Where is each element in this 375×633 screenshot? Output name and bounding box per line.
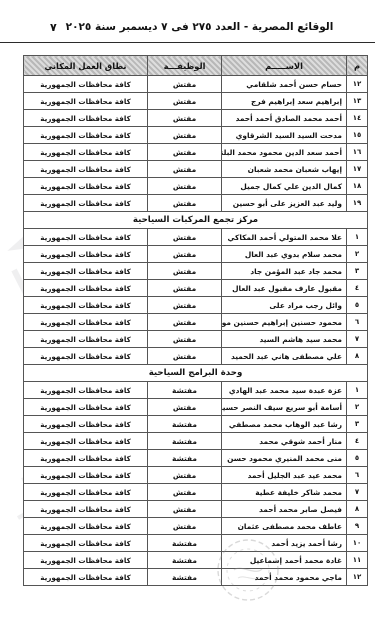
- row-number-cell: ١٩: [347, 195, 368, 212]
- name-cell: أسامة أبو سريع سيف النصر حسين: [222, 399, 347, 416]
- page-header: الوقائع المصرية - العدد ٢٧٥ فى ٧ ديسمبر …: [0, 18, 375, 42]
- name-cell: محمود حسنين إبراهيم حسنين موسى: [222, 314, 347, 331]
- row-number-cell: ٨: [347, 501, 368, 518]
- name-cell: أحمد محمد الصادق أحمد أحمد: [222, 110, 347, 127]
- job-cell: مفتشة: [148, 382, 222, 399]
- job-cell: مفتشة: [148, 450, 222, 467]
- table-row: ١٠رشا أحمد يزيد أحمدمفتشةكافة محافظات ال…: [24, 535, 368, 552]
- inspectors-table: م الاســـــم الوظيفـــة نطاق العمل المكا…: [23, 55, 368, 586]
- section-header-row: وحدة البرامج السياحية: [24, 365, 368, 382]
- row-number-cell: ١٢: [347, 569, 368, 586]
- job-cell: مفتش: [148, 229, 222, 246]
- scope-cell: كافة محافظات الجمهورية: [24, 348, 148, 365]
- scope-cell: كافة محافظات الجمهورية: [24, 552, 148, 569]
- table-row: ١٣إبراهيم سعد إبراهيم فرجمفتشكافة محافظا…: [24, 93, 368, 110]
- row-number-cell: ٦: [347, 314, 368, 331]
- column-header-number: م: [347, 56, 368, 76]
- name-cell: رشا عبد الوهاب محمد مصطفي: [222, 416, 347, 433]
- row-number-cell: ١: [347, 229, 368, 246]
- table-row: ٢أسامة أبو سريع سيف النصر حسينمفتشكافة م…: [24, 399, 368, 416]
- row-number-cell: ١١: [347, 552, 368, 569]
- row-number-cell: ٣: [347, 416, 368, 433]
- job-cell: مفتشة: [148, 569, 222, 586]
- job-cell: مفتش: [148, 195, 222, 212]
- name-cell: محمد سيد هاشم السيد: [222, 331, 347, 348]
- job-cell: مفتش: [148, 178, 222, 195]
- row-number-cell: ١٧: [347, 161, 368, 178]
- scope-cell: كافة محافظات الجمهورية: [24, 535, 148, 552]
- table-body: ١٢حسام حسن أحمد شلقاميمفتشكافة محافظات ا…: [24, 76, 368, 586]
- row-number-cell: ٧: [347, 331, 368, 348]
- header-divider: [0, 42, 375, 43]
- scope-cell: كافة محافظات الجمهورية: [24, 297, 148, 314]
- job-cell: مفتش: [148, 348, 222, 365]
- table-row: ١٢حسام حسن أحمد شلقاميمفتشكافة محافظات ا…: [24, 76, 368, 93]
- scope-cell: كافة محافظات الجمهورية: [24, 399, 148, 416]
- job-cell: مفتش: [148, 331, 222, 348]
- scope-cell: كافة محافظات الجمهورية: [24, 416, 148, 433]
- section-header: مركز تجمع المركبات السياحية: [24, 212, 368, 229]
- scope-cell: كافة محافظات الجمهورية: [24, 195, 148, 212]
- job-cell: مفتش: [148, 297, 222, 314]
- table-row: ٢محمد سلام بدوي عبد العالمفتشكافة محافظا…: [24, 246, 368, 263]
- scope-cell: كافة محافظات الجمهورية: [24, 518, 148, 535]
- scope-cell: كافة محافظات الجمهورية: [24, 433, 148, 450]
- name-cell: علي مصطفى هاني عبد الحميد: [222, 348, 347, 365]
- scope-cell: كافة محافظات الجمهورية: [24, 382, 148, 399]
- section-header-row: مركز تجمع المركبات السياحية: [24, 212, 368, 229]
- table-row: ٩عاطف محمد مصطفى عثمانمفتشكافة محافظات ا…: [24, 518, 368, 535]
- table-row: ٤منار أحمد شوقي محمدمفتشةكافة محافظات ال…: [24, 433, 368, 450]
- table-row: ١٨كمال الدين علي كمال جميلمفتشكافة محافظ…: [24, 178, 368, 195]
- scope-cell: كافة محافظات الجمهورية: [24, 569, 148, 586]
- name-cell: محمد شاكر خليفة عطية: [222, 484, 347, 501]
- table-row: ١عزة عبدة سيد محمد عبد الهاديمفتشةكافة م…: [24, 382, 368, 399]
- row-number-cell: ٤: [347, 433, 368, 450]
- job-cell: مفتش: [148, 399, 222, 416]
- row-number-cell: ١٦: [347, 144, 368, 161]
- table-row: ٧محمد سيد هاشم السيدمفتشكافة محافظات الج…: [24, 331, 368, 348]
- name-cell: مقبول عارف مقبول عبد العال: [222, 280, 347, 297]
- name-cell: كمال الدين علي كمال جميل: [222, 178, 347, 195]
- job-cell: مفتش: [148, 263, 222, 280]
- table-row: ٤مقبول عارف مقبول عبد العالمفتشكافة محاف…: [24, 280, 368, 297]
- job-cell: مفتش: [148, 144, 222, 161]
- scope-cell: كافة محافظات الجمهورية: [24, 76, 148, 93]
- job-cell: مفتش: [148, 93, 222, 110]
- scope-cell: كافة محافظات الجمهورية: [24, 127, 148, 144]
- row-number-cell: ٥: [347, 450, 368, 467]
- column-header-job: الوظيفـــة: [148, 56, 222, 76]
- row-number-cell: ٤: [347, 280, 368, 297]
- table-row: ٣رشا عبد الوهاب محمد مصطفيمفتشةكافة محاف…: [24, 416, 368, 433]
- job-cell: مفتش: [148, 110, 222, 127]
- name-cell: وائل رجب مراد على: [222, 297, 347, 314]
- scope-cell: كافة محافظات الجمهورية: [24, 161, 148, 178]
- page-number: ٧: [50, 21, 57, 34]
- table-row: ١٧إيهاب شعبان محمد شعبانمفتشكافة محافظات…: [24, 161, 368, 178]
- name-cell: غادة محمد أحمد إسماعيل: [222, 552, 347, 569]
- row-number-cell: ١٢: [347, 76, 368, 93]
- name-cell: إيهاب شعبان محمد شعبان: [222, 161, 347, 178]
- scope-cell: كافة محافظات الجمهورية: [24, 280, 148, 297]
- row-number-cell: ٩: [347, 518, 368, 535]
- job-cell: مفتش: [148, 161, 222, 178]
- job-cell: مفتش: [148, 501, 222, 518]
- job-cell: مفتش: [148, 467, 222, 484]
- table-header-row: م الاســـــم الوظيفـــة نطاق العمل المكا…: [24, 56, 368, 76]
- name-cell: فيصل صابر محمد أحمد: [222, 501, 347, 518]
- row-number-cell: ٥: [347, 297, 368, 314]
- row-number-cell: ٣: [347, 263, 368, 280]
- job-cell: مفتش: [148, 127, 222, 144]
- job-cell: مفتش: [148, 280, 222, 297]
- name-cell: إبراهيم سعد إبراهيم فرج: [222, 93, 347, 110]
- scope-cell: كافة محافظات الجمهورية: [24, 178, 148, 195]
- scope-cell: كافة محافظات الجمهورية: [24, 246, 148, 263]
- row-number-cell: ١٣: [347, 93, 368, 110]
- scope-cell: كافة محافظات الجمهورية: [24, 501, 148, 518]
- section-header: وحدة البرامج السياحية: [24, 365, 368, 382]
- name-cell: عزة عبدة سيد محمد عبد الهادي: [222, 382, 347, 399]
- table-row: ٦محمد عيد عبد الجليل أحمدمفتشكافة محافظا…: [24, 467, 368, 484]
- row-number-cell: ١٤: [347, 110, 368, 127]
- page-title: الوقائع المصرية - العدد ٢٧٥ فى ٧ ديسمبر …: [42, 21, 357, 33]
- column-header-name: الاســـــم: [222, 56, 347, 76]
- table-row: ١١غادة محمد أحمد إسماعيلمفتشةكافة محافظا…: [24, 552, 368, 569]
- table-row: ٥منى محمد المنيري محمود حسنمفتشةكافة محا…: [24, 450, 368, 467]
- scope-cell: كافة محافظات الجمهورية: [24, 450, 148, 467]
- job-cell: مفتش: [148, 246, 222, 263]
- name-cell: محمد عيد عبد الجليل أحمد: [222, 467, 347, 484]
- row-number-cell: ٦: [347, 467, 368, 484]
- job-cell: مفتش: [148, 76, 222, 93]
- row-number-cell: ٨: [347, 348, 368, 365]
- job-cell: مفتش: [148, 314, 222, 331]
- scope-cell: كافة محافظات الجمهورية: [24, 467, 148, 484]
- table-row: ١٢ماجي محمود محمد أحمدمفتشةكافة محافظات …: [24, 569, 368, 586]
- table-row: ١علا محمد المتولي أحمد المكاكيمفتشكافة م…: [24, 229, 368, 246]
- name-cell: عاطف محمد مصطفى عثمان: [222, 518, 347, 535]
- row-number-cell: ٢: [347, 246, 368, 263]
- scope-cell: كافة محافظات الجمهورية: [24, 144, 148, 161]
- scope-cell: كافة محافظات الجمهورية: [24, 331, 148, 348]
- name-cell: محمد سلام بدوي عبد العال: [222, 246, 347, 263]
- name-cell: مدحت السيد السيد الشرقاوي: [222, 127, 347, 144]
- table-row: ٣محمد جاد عبد المؤمن جادمفتشكافة محافظات…: [24, 263, 368, 280]
- row-number-cell: ١: [347, 382, 368, 399]
- name-cell: وليد عبد العزيز على أبو حسين: [222, 195, 347, 212]
- table-row: ٦محمود حسنين إبراهيم حسنين موسىمفتشكافة …: [24, 314, 368, 331]
- table-row: ٥وائل رجب مراد علىمفتشكافة محافظات الجمه…: [24, 297, 368, 314]
- name-cell: منى محمد المنيري محمود حسن: [222, 450, 347, 467]
- job-cell: مفتشة: [148, 416, 222, 433]
- scope-cell: كافة محافظات الجمهورية: [24, 263, 148, 280]
- scope-cell: كافة محافظات الجمهورية: [24, 229, 148, 246]
- table-row: ١٥مدحت السيد السيد الشرقاويمفتشكافة محاف…: [24, 127, 368, 144]
- table-row: ١٦أحمد سعد الدين محمود محمد البلتاجيمفتش…: [24, 144, 368, 161]
- table-row: ١٩وليد عبد العزيز على أبو حسينمفتشكافة م…: [24, 195, 368, 212]
- row-number-cell: ١٠: [347, 535, 368, 552]
- job-cell: مفتشة: [148, 535, 222, 552]
- name-cell: حسام حسن أحمد شلقامي: [222, 76, 347, 93]
- gazette-page: { "page_header": { "title": "الوقائع الم…: [0, 0, 375, 633]
- job-cell: مفتش: [148, 518, 222, 535]
- scope-cell: كافة محافظات الجمهورية: [24, 484, 148, 501]
- name-cell: رشا أحمد يزيد أحمد: [222, 535, 347, 552]
- scope-cell: كافة محافظات الجمهورية: [24, 314, 148, 331]
- row-number-cell: ١٨: [347, 178, 368, 195]
- column-header-scope: نطاق العمل المكاني: [24, 56, 148, 76]
- scope-cell: كافة محافظات الجمهورية: [24, 93, 148, 110]
- row-number-cell: ٢: [347, 399, 368, 416]
- name-cell: منار أحمد شوقي محمد: [222, 433, 347, 450]
- name-cell: محمد جاد عبد المؤمن جاد: [222, 263, 347, 280]
- job-cell: مفتشة: [148, 552, 222, 569]
- row-number-cell: ٧: [347, 484, 368, 501]
- name-cell: علا محمد المتولي أحمد المكاكي: [222, 229, 347, 246]
- name-cell: ماجي محمود محمد أحمد: [222, 569, 347, 586]
- table-row: ١٤أحمد محمد الصادق أحمد أحمدمفتشكافة محا…: [24, 110, 368, 127]
- job-cell: مفتشة: [148, 433, 222, 450]
- row-number-cell: ١٥: [347, 127, 368, 144]
- table-row: ٨علي مصطفى هاني عبد الحميدمفتشكافة محافظ…: [24, 348, 368, 365]
- name-cell: أحمد سعد الدين محمود محمد البلتاجي: [222, 144, 347, 161]
- table-row: ٧محمد شاكر خليفة عطيةمفتشكافة محافظات ال…: [24, 484, 368, 501]
- scope-cell: كافة محافظات الجمهورية: [24, 110, 148, 127]
- table-header: م الاســـــم الوظيفـــة نطاق العمل المكا…: [24, 56, 368, 76]
- table-row: ٨فيصل صابر محمد أحمدمفتشكافة محافظات الج…: [24, 501, 368, 518]
- job-cell: مفتش: [148, 484, 222, 501]
